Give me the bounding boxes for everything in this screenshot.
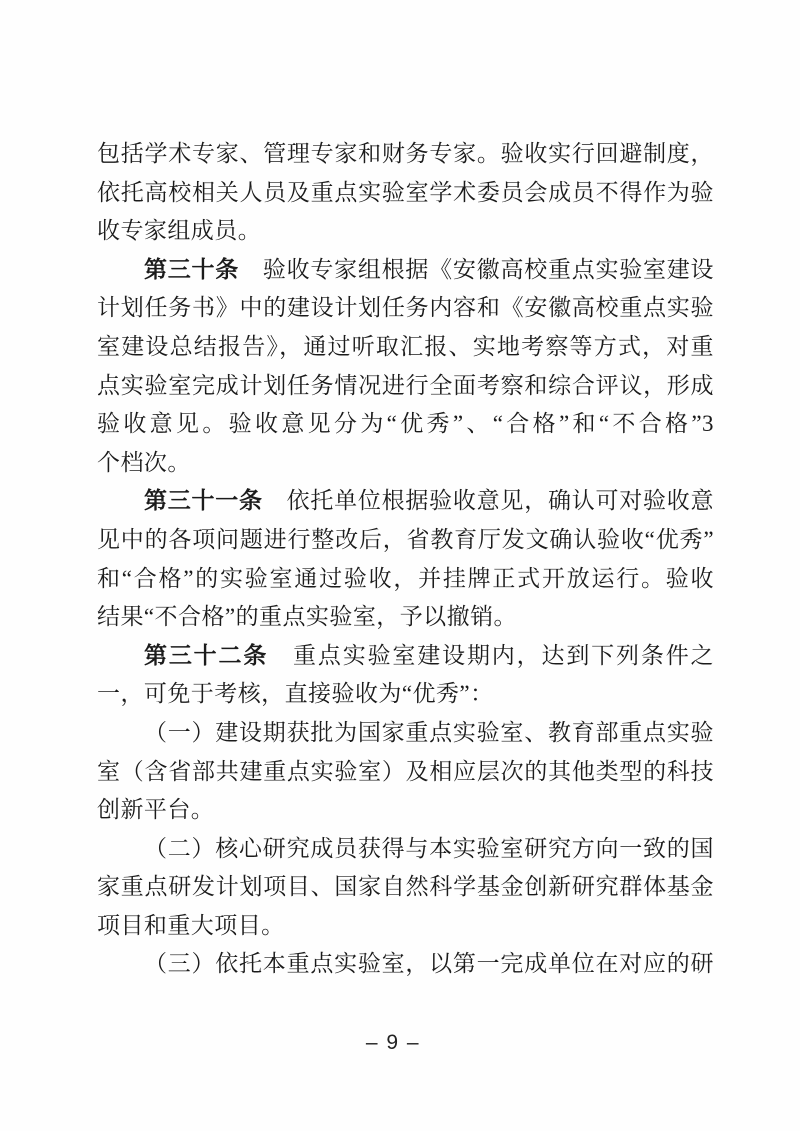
- article-heading: 第三十条: [144, 257, 239, 282]
- text-line: 第三十二条 重点实验室建设期内，达到下列条件之: [97, 637, 714, 676]
- article-heading: 第三十一条: [144, 488, 263, 513]
- text-segment: 验收专家组根据《安徽高校重点实验室建设: [239, 257, 714, 282]
- text-segment: 验收意见。验收意见分为“优秀”、“合格”和“不合格”3: [97, 411, 714, 436]
- text-segment: 依托高校相关人员及重点实验室学术委员会成员不得作为验: [97, 180, 714, 205]
- text-segment: 结果“不合格”的重点实验室，予以撤销。: [97, 604, 517, 629]
- text-segment: （三）依托本重点实验室，以第一完成单位在对应的研: [144, 951, 714, 976]
- text-line: 结果“不合格”的重点实验室，予以撤销。: [97, 598, 714, 637]
- text-segment: 重点实验室建设期内，达到下列条件之: [268, 643, 714, 668]
- text-line: 依托高校相关人员及重点实验室学术委员会成员不得作为验: [97, 174, 714, 213]
- text-line: 见中的各项问题进行整改后，省教育厅发文确认验收“优秀”: [97, 521, 714, 560]
- text-segment: 室建设总结报告》，通过听取汇报、实地考察等方式，对重: [97, 334, 714, 359]
- text-line: （三）依托本重点实验室，以第一完成单位在对应的研: [97, 945, 714, 984]
- text-line: 室（含省部共建重点实验室）及相应层次的其他类型的科技: [97, 753, 714, 792]
- text-line: 计划任务书》中的建设计划任务内容和《安徽高校重点实验: [97, 289, 714, 328]
- text-segment: 收专家组成员。: [97, 218, 261, 243]
- page-number: – 9 –: [0, 1031, 786, 1055]
- text-segment: 点实验室完成计划任务情况进行全面考察和综合评议，形成: [97, 373, 714, 398]
- text-line: （二）核心研究成员获得与本实验室研究方向一致的国: [97, 830, 714, 869]
- text-line: 第三十条 验收专家组根据《安徽高校重点实验室建设: [97, 251, 714, 290]
- text-line: 家重点研发计划项目、国家自然科学基金创新研究群体基金: [97, 868, 714, 907]
- document-page: 包括学术专家、管理专家和财务专家。验收实行回避制度，依托高校相关人员及重点实验室…: [0, 0, 800, 1131]
- text-segment: 家重点研发计划项目、国家自然科学基金创新研究群体基金: [97, 874, 714, 899]
- text-segment: 和“合格”的实验室通过验收，并挂牌正式开放运行。验收: [97, 566, 714, 591]
- text-line: （一）建设期获批为国家重点实验室、教育部重点实验: [97, 714, 714, 753]
- text-line: 项目和重大项目。: [97, 907, 714, 946]
- text-segment: 依托单位根据验收意见，确认可对验收意: [263, 488, 714, 513]
- text-line: 第三十一条 依托单位根据验收意见，确认可对验收意: [97, 482, 714, 521]
- text-line: 室建设总结报告》，通过听取汇报、实地考察等方式，对重: [97, 328, 714, 367]
- article-heading: 第三十二条: [144, 643, 268, 668]
- text-line: 和“合格”的实验室通过验收，并挂牌正式开放运行。验收: [97, 560, 714, 599]
- text-line: 包括学术专家、管理专家和财务专家。验收实行回避制度，: [97, 135, 714, 174]
- text-line: 一，可免于考核，直接验收为“优秀”：: [97, 675, 714, 714]
- text-segment: 个档次。: [97, 450, 191, 475]
- text-segment: 一，可免于考核，直接验收为“优秀”：: [97, 681, 494, 706]
- text-segment: 室（含省部共建重点实验室）及相应层次的其他类型的科技: [97, 759, 714, 784]
- document-body: 包括学术专家、管理专家和财务专家。验收实行回避制度，依托高校相关人员及重点实验室…: [97, 135, 714, 984]
- text-line: 收专家组成员。: [97, 212, 714, 251]
- text-segment: （二）核心研究成员获得与本实验室研究方向一致的国: [144, 836, 714, 861]
- text-line: 创新平台。: [97, 791, 714, 830]
- text-segment: 见中的各项问题进行整改后，省教育厅发文确认验收“优秀”: [97, 527, 714, 552]
- document-lines: 包括学术专家、管理专家和财务专家。验收实行回避制度，依托高校相关人员及重点实验室…: [97, 135, 714, 984]
- text-segment: 计划任务书》中的建设计划任务内容和《安徽高校重点实验: [97, 295, 714, 320]
- text-segment: 创新平台。: [97, 797, 214, 822]
- text-line: 点实验室完成计划任务情况进行全面考察和综合评议，形成: [97, 367, 714, 406]
- text-segment: 项目和重大项目。: [97, 913, 285, 938]
- text-segment: （一）建设期获批为国家重点实验室、教育部重点实验: [144, 720, 714, 745]
- text-line: 个档次。: [97, 444, 714, 483]
- text-segment: 包括学术专家、管理专家和财务专家。验收实行回避制度，: [97, 141, 714, 166]
- text-line: 验收意见。验收意见分为“优秀”、“合格”和“不合格”3: [97, 405, 714, 444]
